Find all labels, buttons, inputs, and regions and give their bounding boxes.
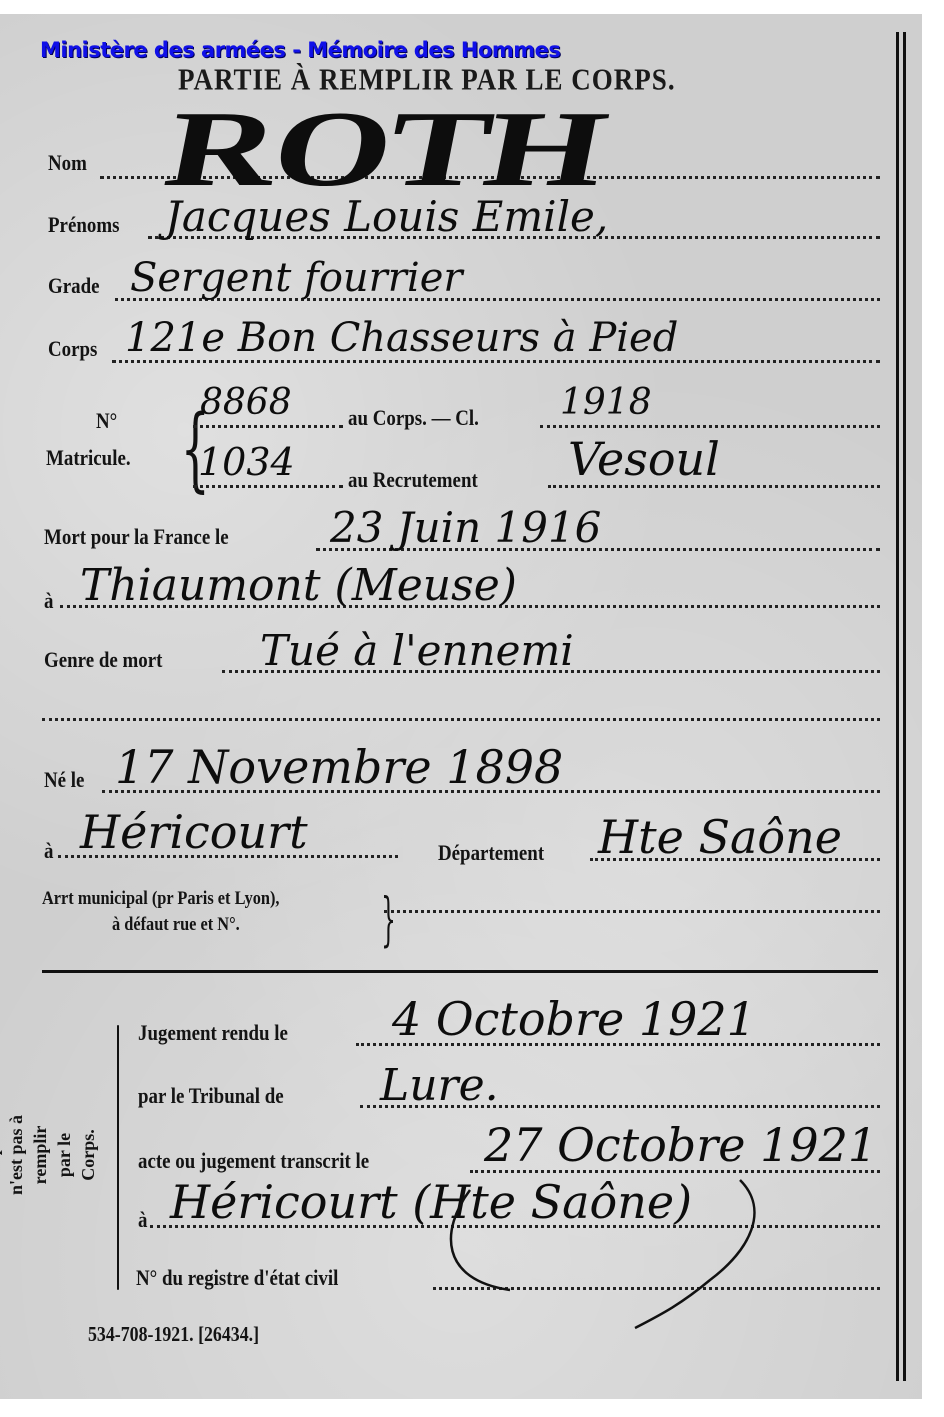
- au-corps-label: au Corps. — Cl.: [348, 405, 479, 431]
- side-note-line: par le Corps.: [52, 1105, 100, 1205]
- genre-mort-value: Tué à l'ennemi: [260, 626, 574, 675]
- au-corps-line: [193, 425, 343, 428]
- tribunal-value: Lure.: [380, 1060, 499, 1111]
- recrutement-place: Vesoul: [568, 432, 720, 486]
- mort-lieu-value: Thiaumont (Meuse): [80, 560, 517, 611]
- registre-label: N° du registre d'état civil: [136, 1265, 338, 1291]
- mort-lieu-label: à: [44, 588, 53, 614]
- footer-code: 534-708-1921. [26434.]: [88, 1322, 259, 1347]
- watermark: Ministère des armées - Mémoire des Homme…: [40, 38, 560, 62]
- recrutement-label: au Recrutement: [348, 467, 478, 493]
- matricule-no-label: N°: [96, 408, 117, 434]
- genre-mort-label: Genre de mort: [44, 647, 162, 673]
- classe-line: [540, 425, 880, 428]
- prenoms-value: Jacques Louis Emile,: [165, 192, 608, 241]
- section-divider: [42, 970, 878, 973]
- grade-label: Grade: [48, 273, 100, 299]
- jugement-label: Jugement rendu le: [138, 1020, 288, 1046]
- side-note-line: n'est pas à remplir: [4, 1105, 52, 1205]
- prenoms-label: Prénoms: [48, 212, 119, 238]
- grade-value: Sergent fourrier: [130, 255, 463, 301]
- classe-value: 1918: [560, 382, 652, 423]
- flourish-stroke: [430, 1170, 770, 1330]
- mort-date-value: 23 Juin 1916: [330, 503, 601, 552]
- transcrit-lieu-label: à: [138, 1207, 147, 1233]
- corps-label: Corps: [48, 336, 97, 362]
- au-corps-value: 8868: [200, 382, 292, 423]
- recrutement-no-line: [193, 485, 343, 488]
- corps-value: 121e Bon Chasseurs à Pied: [125, 315, 678, 361]
- arrondissement-brace: }: [381, 885, 396, 953]
- recrutement-value: 1034: [198, 440, 295, 484]
- lower-section-brace: [117, 1025, 119, 1290]
- matricule-label: Matricule.: [46, 445, 131, 471]
- arrondissement-line: [384, 910, 880, 913]
- right-border-rule: [903, 32, 906, 1381]
- mort-date-label: Mort pour la France le: [44, 524, 229, 550]
- ne-lieu-label: à: [44, 838, 53, 864]
- ne-lieu-value: Héricourt: [80, 805, 308, 859]
- transcrit-label: acte ou jugement transcrit le: [138, 1148, 369, 1174]
- arrondissement-label-2: à défaut rue et N°.: [112, 914, 240, 936]
- transcrit-value: 27 Octobre 1921: [484, 1118, 877, 1172]
- right-border-rule: [896, 32, 899, 1381]
- nom-label: Nom: [48, 150, 87, 176]
- ne-le-label: Né le: [44, 767, 84, 793]
- tribunal-label: par le Tribunal de: [138, 1083, 284, 1109]
- ne-le-value: 17 Novembre 1898: [115, 740, 563, 794]
- departement-label: Département: [438, 840, 544, 866]
- departement-value: Hte Saône: [598, 810, 842, 864]
- blank-line: [42, 718, 880, 721]
- arrondissement-label-1: Arrt municipal (pr Paris et Lyon),: [42, 888, 280, 910]
- jugement-value: 4 Octobre 1921: [392, 992, 756, 1046]
